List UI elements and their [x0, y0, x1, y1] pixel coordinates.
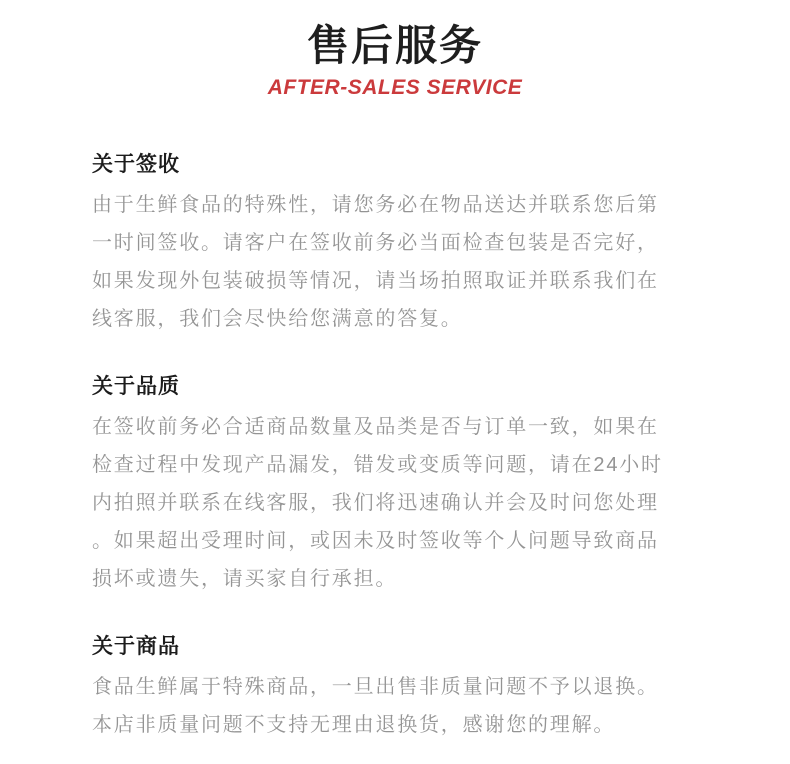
section-quality-heading: 关于品质: [92, 373, 704, 401]
section-product-body: 食品生鲜属于特殊商品，一旦出售非质量问题不予以退换。 本店非质量问题不支持无理由…: [92, 668, 704, 744]
section-receipt: 关于签收 由于生鲜食品的特殊性，请您务必在物品送达并联系您后第 一时间签收。请客…: [92, 151, 704, 338]
after-sales-service-page: 售后服务 AFTER-SALES SERVICE 关于签收 由于生鲜食品的特殊性…: [0, 0, 790, 764]
section-quality-body: 在签收前务必合适商品数量及品类是否与订单一致，如果在 检查过程中发现产品漏发，错…: [92, 408, 704, 598]
page-header: 售后服务 AFTER-SALES SERVICE: [0, 0, 790, 99]
section-product: 关于商品 食品生鲜属于特殊商品，一旦出售非质量问题不予以退换。 本店非质量问题不…: [92, 633, 704, 744]
section-receipt-body: 由于生鲜食品的特殊性，请您务必在物品送达并联系您后第 一时间签收。请客户在签收前…: [92, 186, 704, 338]
section-product-heading: 关于商品: [92, 633, 704, 661]
page-subtitle: AFTER-SALES SERVICE: [0, 77, 790, 99]
section-quality: 关于品质 在签收前务必合适商品数量及品类是否与订单一致，如果在 检查过程中发现产…: [92, 373, 704, 598]
section-receipt-heading: 关于签收: [92, 151, 704, 179]
page-title: 售后服务: [0, 22, 790, 70]
policy-content: 关于签收 由于生鲜食品的特殊性，请您务必在物品送达并联系您后第 一时间签收。请客…: [92, 151, 704, 744]
